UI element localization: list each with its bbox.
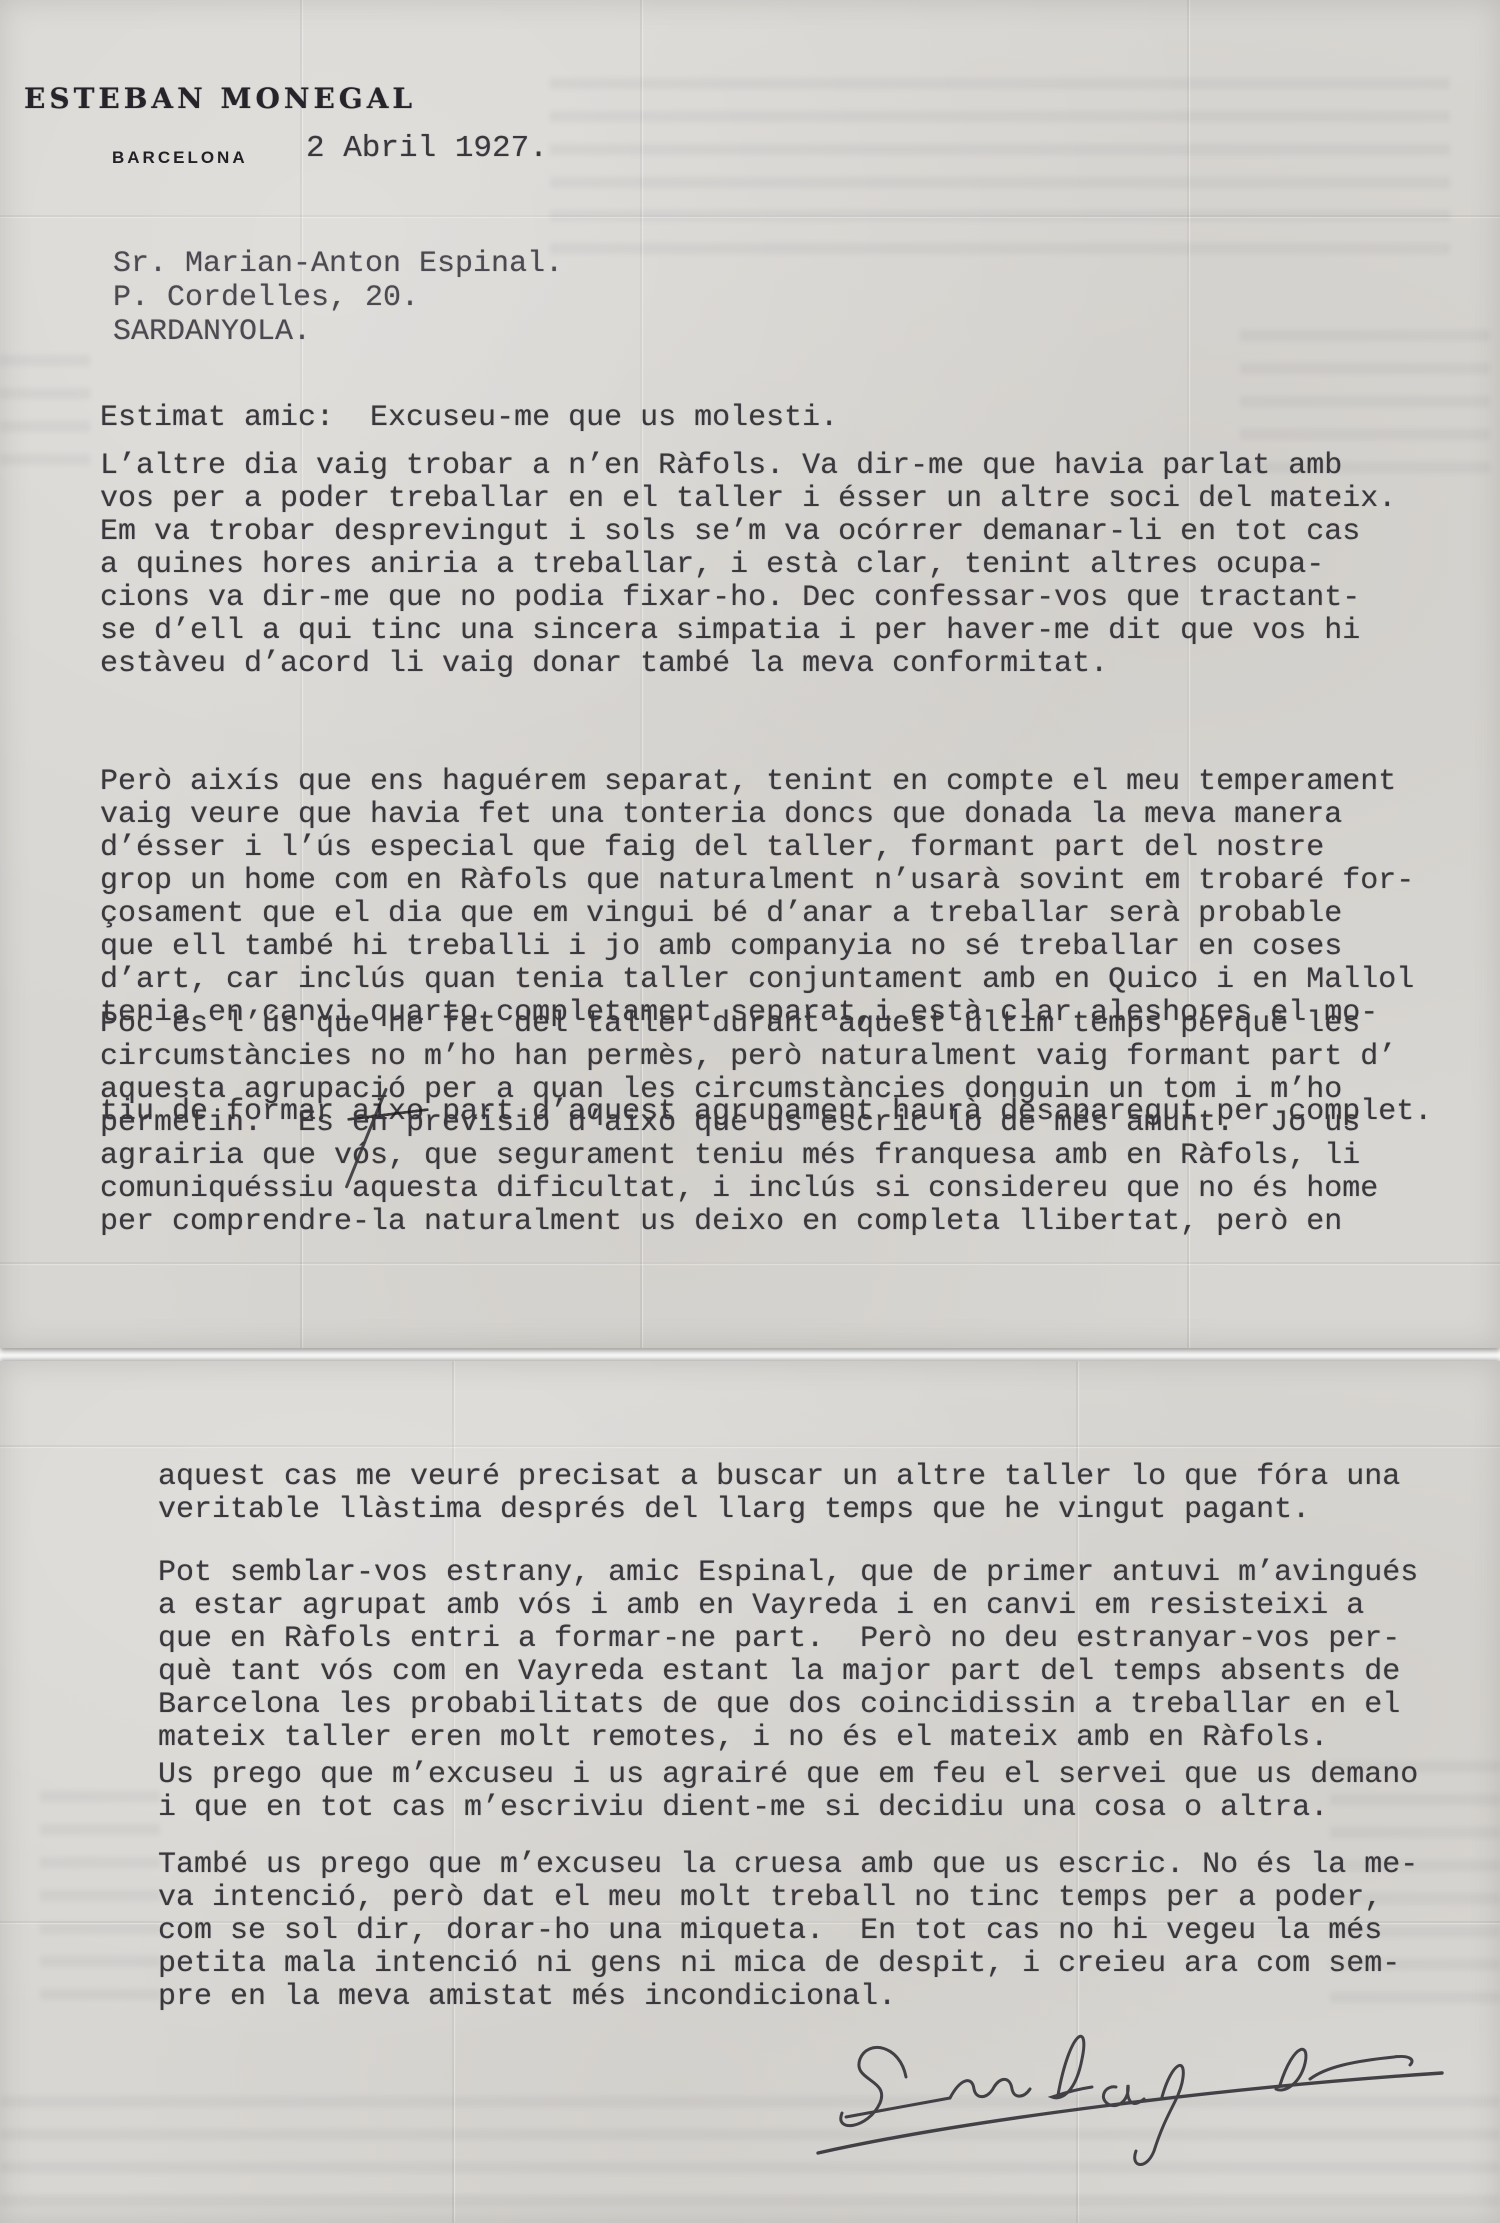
typed-line: se d’ell a qui tinc una sincera simpatia… <box>100 615 1396 648</box>
typed-line: què tant vós com en Vayreda estant la ma… <box>158 1656 1418 1689</box>
bleed-through-texture <box>550 78 1450 263</box>
paragraph-3: Poc és l’ús que he fet del taller durant… <box>100 1008 1396 1239</box>
typed-line: d’ésser i l’ús especial que faig del tal… <box>100 832 1432 865</box>
signature: E. Monegal <box>810 2001 1470 2181</box>
letter-page-2: aquest cas me veuré precisat a buscar un… <box>0 1361 1500 2223</box>
typed-line: a estar agrupat amb vós i amb en Vayreda… <box>158 1590 1418 1623</box>
typed-line: a quines hores aniria a treballar, i est… <box>100 549 1396 582</box>
typed-line: Em va trobar desprevingut i sols se’m va… <box>100 516 1396 549</box>
fold-crease <box>0 1262 1500 1264</box>
typed-line: SARDANYOLA. <box>113 315 563 349</box>
bleed-through-texture <box>40 1791 160 2021</box>
typed-line: estàveu d’acord li vaig donar també la m… <box>100 648 1396 681</box>
typed-line: P. Cordelles, 20. <box>113 281 563 315</box>
typed-line: vos per a poder treballar en el taller i… <box>100 483 1396 516</box>
typed-line: com se sol dir, dorar-ho una miqueta. En… <box>158 1915 1418 1948</box>
typed-line: vaig veure que havia fet una tonteria do… <box>100 799 1432 832</box>
typed-line: L’altre dia vaig trobar a n’en Ràfols. V… <box>100 450 1396 483</box>
typed-line: Sr. Marian-Anton Espinal. <box>113 247 563 281</box>
typed-line: agrairia que vós, que segurament teniu m… <box>100 1140 1396 1173</box>
typed-line: veritable llàstima després del llarg tem… <box>158 1494 1400 1527</box>
typed-line: Poc és l’ús que he fet del taller durant… <box>100 1008 1396 1041</box>
typed-line: çosament que el dia que em vingui bé d’a… <box>100 898 1432 931</box>
paragraph-6: Us prego que m’excuseu i us agrairé que … <box>158 1759 1418 1825</box>
typed-line: petita mala intenció ni gens ni mica de … <box>158 1948 1418 1981</box>
typed-line: aquesta agrupació per a quan les circums… <box>100 1074 1396 1107</box>
recipient-address: Sr. Marian-Anton Espinal.P. Cordelles, 2… <box>113 247 563 349</box>
typed-line: aquest cas me veuré precisat a buscar un… <box>158 1461 1400 1494</box>
typed-line: cions va dir-me que no podia fixar-ho. D… <box>100 582 1396 615</box>
typed-line: Pot semblar-vos estrany, amic Espinal, q… <box>158 1557 1418 1590</box>
typed-line: d’art, car inclús quan tenia taller conj… <box>100 964 1432 997</box>
typed-line: que en Ràfols entri a formar-ne part. Pe… <box>158 1623 1418 1656</box>
typed-line: Però aixís que ens haguérem separat, ten… <box>100 766 1432 799</box>
paragraph-7: També us prego que m’excuseu la cruesa a… <box>158 1849 1418 2014</box>
letter-date: 2 Abril 1927. <box>306 132 548 165</box>
paragraph-4: aquest cas me veuré precisat a buscar un… <box>158 1461 1400 1527</box>
typed-line: i que en tot cas m’escriviu dient-me si … <box>158 1792 1418 1825</box>
paragraph-2-lines: Però aixís que ens haguérem separat, ten… <box>100 766 1432 1030</box>
typed-line: Us prego que m’excuseu i us agrairé que … <box>158 1759 1418 1792</box>
fold-crease <box>0 1445 1500 1447</box>
typed-line: per comprendre-la naturalment us deixo e… <box>100 1206 1396 1239</box>
typed-line: comuniquéssiu aquesta dificultat, i incl… <box>100 1173 1396 1206</box>
typed-line: Barcelona les probabilitats de que dos c… <box>158 1689 1418 1722</box>
typed-line: que ell també hi treballi i jo amb compa… <box>100 931 1432 964</box>
typed-line: va intenció, però dat el meu molt trebal… <box>158 1882 1418 1915</box>
typed-line: permetin. Es en previsió d’això que us e… <box>100 1107 1396 1140</box>
typed-line: circumstàncies no m’ho han permès, però … <box>100 1041 1396 1074</box>
letterhead-name: ESTEBAN MONEGAL <box>24 82 416 115</box>
salutation: Estimat amic: Excuseu-me que us molesti. <box>100 402 838 435</box>
signature-handwriting <box>810 2001 1470 2181</box>
paragraph-5: Pot semblar-vos estrany, amic Espinal, q… <box>158 1557 1418 1755</box>
typed-line: També us prego que m’excuseu la cruesa a… <box>158 1849 1418 1882</box>
paragraph-1: L’altre dia vaig trobar a n’en Ràfols. V… <box>100 450 1396 681</box>
typed-line: grop un home com en Ràfols que naturalme… <box>100 865 1432 898</box>
letter-page-1: ESTEBAN MONEGAL BARCELONA 2 Abril 1927. … <box>0 0 1500 1348</box>
letter-scan: ESTEBAN MONEGAL BARCELONA 2 Abril 1927. … <box>0 0 1500 2223</box>
fold-crease <box>0 215 1500 217</box>
bleed-through-texture <box>0 355 90 485</box>
typed-line: mateix taller eren molt remotes, i no és… <box>158 1722 1418 1755</box>
letterhead-city: BARCELONA <box>112 148 248 168</box>
